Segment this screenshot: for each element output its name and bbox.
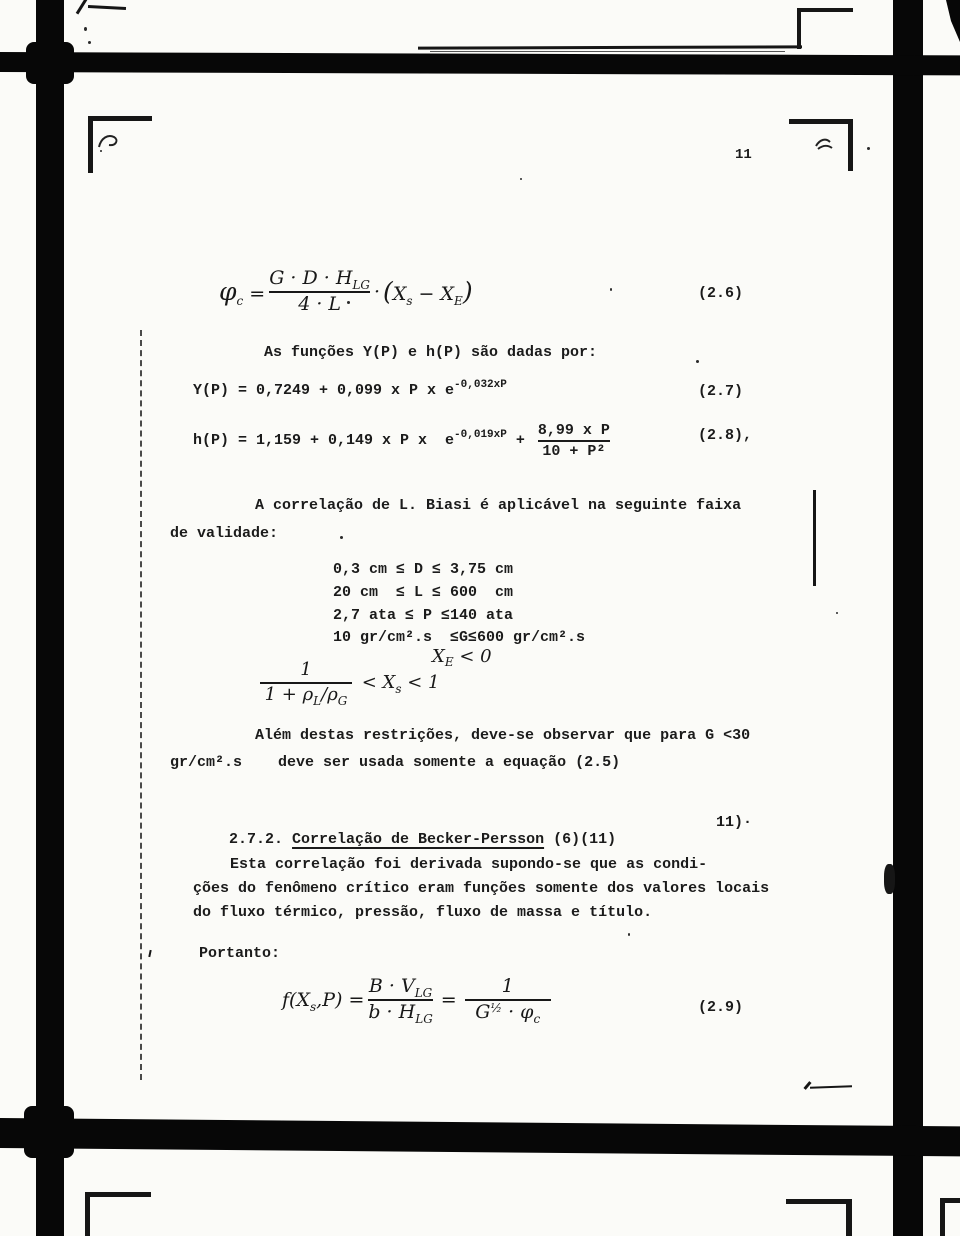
thin-top-line-upper <box>797 8 853 12</box>
xs-range-numerator: 1 <box>300 660 311 681</box>
constraint-line: 0,3 cm ≤ D ≤ 3,75 cm <box>333 562 513 579</box>
corner-bracket-top-left-h <box>88 116 152 121</box>
eq29-f1-denominator: b · HLG <box>368 1002 432 1024</box>
right-margin-rule <box>813 490 816 586</box>
xs-range-inequality: < Xs < 1 <box>356 672 440 693</box>
margin-tick <box>148 950 151 957</box>
film-bottom-bar <box>0 1118 960 1157</box>
corner-bracket-far-right-v <box>940 1198 945 1236</box>
noise-speck <box>836 612 838 614</box>
handwritten-squiggle <box>96 132 122 154</box>
eq27-exponent: -0,032xP <box>454 379 507 391</box>
eq29-fraction-2: 1 G½ · φc <box>465 976 551 1024</box>
eq28-body: h(P) = 1,159 + 0,149 x P x e-0,019xP + <box>193 433 534 450</box>
corner-bracket-top-right-h <box>789 119 853 124</box>
eq28-numerator: 8,99 x P <box>538 422 610 439</box>
noise-speck <box>520 178 522 180</box>
eq29-f2-numerator: 1 <box>502 976 514 998</box>
handwritten-squiggle <box>814 136 836 152</box>
noise-speck <box>610 288 612 291</box>
eq28-exponent: -0,019xP <box>454 429 507 441</box>
fraction-bar <box>538 440 610 442</box>
noise-speck <box>84 27 87 31</box>
equation-2-7: Y(P) = 0,7249 + 0,099 x P x e-0,032xP <box>193 383 507 400</box>
eq26-numerator: G · D · HLG <box>269 268 370 290</box>
eq26-cdot: · <box>374 281 380 303</box>
top-left-stray-line <box>88 5 126 10</box>
noise-speck <box>628 933 630 936</box>
thin-top-line-riser <box>797 8 801 49</box>
constraint-line: 10 gr/cm².s ≤G≤600 gr/cm².s <box>333 630 585 647</box>
section-title: Correlação de Becker-Persson <box>292 831 544 848</box>
equation-label-2-9: (2.9) <box>698 1000 743 1017</box>
film-junction-top <box>26 42 74 84</box>
corner-bracket-top-left-v <box>88 116 93 173</box>
paragraph-line: Esta correlação foi derivada supondo-se … <box>230 857 707 874</box>
note-line-2: gr/cm².s deve ser usada somente a equaçã… <box>170 755 620 772</box>
eq29-fraction-1: B · VLG b · HLG <box>368 976 432 1024</box>
xs-range-denominator: 1 + ρL/ρG <box>265 685 348 706</box>
corner-bracket-bottom-left-v <box>85 1192 90 1236</box>
film-junction-bottom <box>24 1106 74 1158</box>
paragraph-line: ções do fenômeno crítico eram funções so… <box>193 881 769 898</box>
film-left-bar <box>36 0 64 1236</box>
constraint-xe: XE < 0 <box>432 646 492 667</box>
equation-label-2-7: (2.7) <box>698 384 743 401</box>
equation-2-8: h(P) = 1,159 + 0,149 x P x e-0,019xP + 8… <box>193 418 614 464</box>
eq26-denominator: 4 · L <box>298 294 341 316</box>
note-line-1: Além destas restrições, deve-se observar… <box>255 728 750 745</box>
xs-range-fraction: 1 1 + ρL/ρG <box>260 660 352 705</box>
noise-speck <box>340 536 343 539</box>
corner-bracket-top-right-v <box>848 119 853 171</box>
thin-top-line <box>418 45 802 49</box>
eq29-equals-2: = <box>441 989 457 1011</box>
noise-speck <box>867 147 870 150</box>
right-bar-bump <box>884 864 895 894</box>
validity-line-2: de validade: <box>170 526 278 543</box>
corner-bracket-far-right-h <box>940 1198 960 1203</box>
intro-text: As funções Y(P) e h(P) são dadas por: <box>264 345 597 362</box>
eq28-denominator: 10 + P² <box>542 443 605 460</box>
film-corner-wedge <box>940 0 960 42</box>
film-right-bar <box>893 0 923 1236</box>
film-top-bar <box>0 52 960 75</box>
section-margin-note: 11)· <box>716 815 752 832</box>
constraint-line: 20 cm ≤ L ≤ 600 cm <box>333 585 513 602</box>
corner-bracket-bottom-left-h <box>85 1192 151 1197</box>
equation-2-6: φc = G · D · HLG 4 · L · (Xs − XE) <box>219 268 473 316</box>
corner-bracket-bottom-right-v <box>846 1199 852 1236</box>
equation-label-2-8: (2.8), <box>698 428 752 445</box>
eq26-lhs: φc = <box>219 277 265 306</box>
top-left-stray-diagonal <box>76 0 88 15</box>
eq28-fraction: 8,99 x P 10 + P² <box>538 422 610 460</box>
eq29-f2-denominator: G½ · φc <box>475 1002 540 1024</box>
constraint-xs-range: 1 1 + ρL/ρG < Xs < 1 <box>256 660 440 705</box>
eq26-fraction: G · D · HLG 4 · L <box>269 268 370 316</box>
noise-speck <box>88 41 91 44</box>
eq29-lhs: f(Xs,P) = <box>282 989 364 1011</box>
equation-label-2-6: (2.6) <box>698 286 743 303</box>
equation-2-9: f(Xs,P) = B · VLG b · HLG = 1 G½ · φc <box>282 976 555 1024</box>
scanned-page: 11 φc = G · D · HLG 4 · L · (Xs − XE) (2… <box>0 0 960 1236</box>
validity-line-1: A correlação de L. Biasi é aplicável na … <box>255 498 741 515</box>
section-refs: (6)(11) <box>544 831 616 848</box>
constraint-line: 2,7 ata ≤ P ≤140 ata <box>333 608 513 625</box>
noise-speck <box>696 360 699 363</box>
bottom-stray-line <box>810 1085 852 1088</box>
paragraph-line: do fluxo térmico, pressão, fluxo de mass… <box>193 905 652 922</box>
page-number: 11 <box>735 148 752 163</box>
eq26-parenthetical: (Xs − XE) <box>383 277 473 306</box>
eq29-f1-numerator: B · VLG <box>369 976 432 998</box>
portanto-label: Portanto: <box>199 946 280 963</box>
thin-top-line-echo <box>430 51 785 52</box>
margin-dotted-line <box>140 330 142 1080</box>
section-number: 2.7.2. <box>229 831 292 848</box>
corner-bracket-bottom-right-h <box>786 1199 852 1204</box>
